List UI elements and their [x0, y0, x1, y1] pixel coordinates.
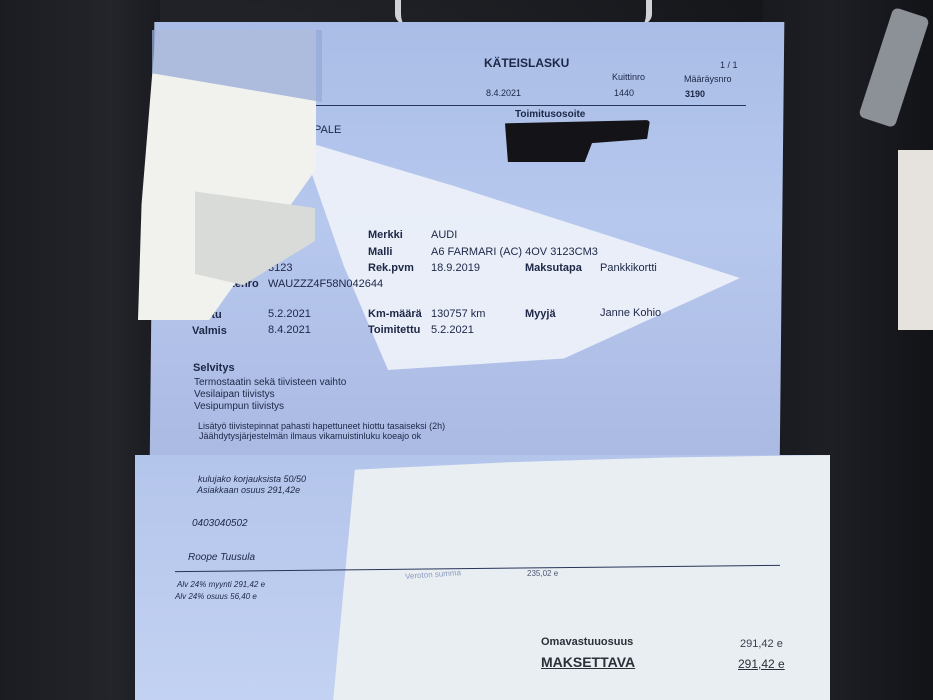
ready-date: 8.4.2021 — [268, 324, 311, 336]
delivered-label: Toimitettu — [368, 324, 420, 336]
make-label: Merkki — [368, 229, 403, 241]
payable-amount: 291,42 e — [738, 657, 785, 671]
ready-label: Valmis — [192, 325, 227, 337]
mileage-label: Km-määrä — [368, 308, 422, 320]
page-number: 1 / 1 — [720, 60, 738, 70]
header-divider — [312, 105, 746, 106]
order-no-label: Määräysnro — [684, 74, 732, 84]
payment-method: Pankkikortti — [600, 262, 657, 274]
customer-share-note: Asiakkaan osuus 291,42e — [197, 485, 300, 495]
deductible-amount: 291,42 e — [740, 638, 783, 650]
extra-work-line: Lisätyö tiivistepinnat pahasti hapettune… — [198, 421, 445, 431]
order-no: 3190 — [685, 89, 705, 99]
payable-label: MAKSETTAVA — [541, 654, 635, 670]
cost-split-note: kulujako korjauksista 50/50 — [198, 474, 306, 484]
deductible-label: Omavastuuosuus — [541, 636, 633, 648]
reg-date: 18.9.2019 — [431, 262, 480, 274]
customer-name: Roope Tuusula — [188, 552, 255, 563]
model: A6 FARMARI (AC) 4OV 3123CM3 — [431, 246, 598, 258]
vat-sales: Alv 24% myynti 291,42 e — [177, 580, 265, 589]
vat-share: Alv 24% osuus 56,40 e — [175, 592, 257, 601]
model-label: Malli — [368, 246, 392, 258]
customer-name-partial: PALE — [314, 124, 341, 136]
explanation-line: Vesipumpun tiivistys — [194, 401, 284, 412]
phone-number: 0403040502 — [192, 518, 248, 529]
mileage: 130757 km — [431, 308, 485, 320]
delivery-address-label: Toimitusosoite — [515, 109, 585, 120]
receipt-no-label: Kuittinro — [612, 72, 645, 82]
vin: WAUZZZ4F58N042644 — [268, 278, 383, 290]
seller-label: Myyjä — [525, 308, 556, 320]
payment-label: Maksutapa — [525, 262, 582, 274]
extra-work-line: Jäähdytysjärjestelmän ilmaus vikamuistin… — [199, 431, 421, 441]
receipt-no: 1440 — [614, 88, 634, 98]
document-date: 8.4.2021 — [486, 88, 521, 98]
document-title: KÄTEISLASKU — [484, 56, 569, 70]
headrest-posts — [395, 0, 652, 24]
explanation-line: Vesilaipan tiivistys — [194, 389, 275, 400]
seller-name: Janne Kohio — [600, 307, 661, 319]
delivered-date: 5.2.2021 — [431, 324, 474, 336]
reg-date-label: Rek.pvm — [368, 262, 414, 274]
make: AUDI — [431, 229, 457, 241]
background-object — [898, 150, 933, 330]
explanation-line: Termostaatin sekä tiivisteen vaihto — [194, 377, 346, 388]
explanation-heading: Selvitys — [193, 362, 235, 374]
tax-free-amount: 235,02 e — [527, 569, 558, 578]
arrived-date: 5.2.2021 — [268, 308, 311, 320]
